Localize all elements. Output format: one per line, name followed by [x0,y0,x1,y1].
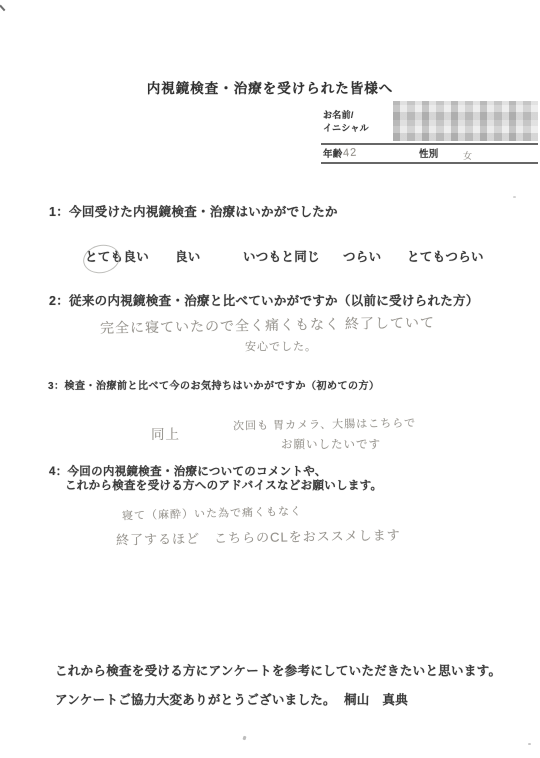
option-very-hard: とてもつらい [407,247,484,265]
option-good: 良い [175,247,201,265]
scan-artifact-streak [0,5,5,11]
name-label-line1: お名前/ [323,108,354,121]
question-2-label: 2：従来の内視鏡検査・治療と比べていかがですか（以前に受けられた方） [49,291,479,309]
scan-artifact-speck [242,736,246,741]
name-field-underline [321,143,538,145]
closing-note: これから検査を受ける方にアンケートを参考にしていただきたいと思います。 [55,661,501,679]
q3-answer-line1-handwritten: 次回も 胃カメラ、大腸はこちらで [233,414,416,433]
scan-artifact-speck [528,743,531,745]
signature: 桐山 真典 [344,690,408,708]
scan-artifact-speck [513,196,516,198]
q3-answer-line2-handwritten: お願いしたいです [281,436,381,452]
age-field-underline [321,162,538,164]
q4-answer-line2-handwritten: 終了するほど こちらのCLをおススメします [116,525,401,549]
name-label-line2: イニシャル [323,121,369,134]
age-label: 年齢 [323,146,343,160]
age-value-handwritten: 42 [343,147,358,160]
option-hard: つらい [343,247,381,265]
option-same-as-usual: いつもと同じ [243,247,320,265]
q2-answer-line1-handwritten: 完全に寝ていたので全く痛くもなく 終了していて [100,312,435,338]
page-title: 内視鏡検査・治療を受けられた皆様へ [0,77,540,97]
question-4-label-line2: これから検査を受ける方へのアドバイスなどお願いします。 [65,477,382,493]
thanks-note: アンケートご協力大変ありがとうございました。 [55,690,336,708]
gender-label: 性別 [419,146,439,160]
question-1-label: 1：今回受けた内視鏡検査・治療はいかがでしたか [49,202,338,220]
question-3-label: 3：検査・治療前と比べて今のお気持ちはいかがですか（初めての方） [48,377,380,392]
scanned-survey-page: 内視鏡検査・治療を受けられた皆様へ お名前/ イニシャル 年齢 42 性別 女 … [0,0,540,758]
q3-answer-ditto-handwritten: 同上 [151,423,180,443]
redacted-name-value [393,101,538,141]
gender-value-handwritten: 女 [463,149,473,162]
q4-answer-line1-handwritten: 寝て（麻酔）いた為で痛くもなく [122,503,302,524]
q2-answer-line2-handwritten: 安心でした。 [245,338,317,354]
